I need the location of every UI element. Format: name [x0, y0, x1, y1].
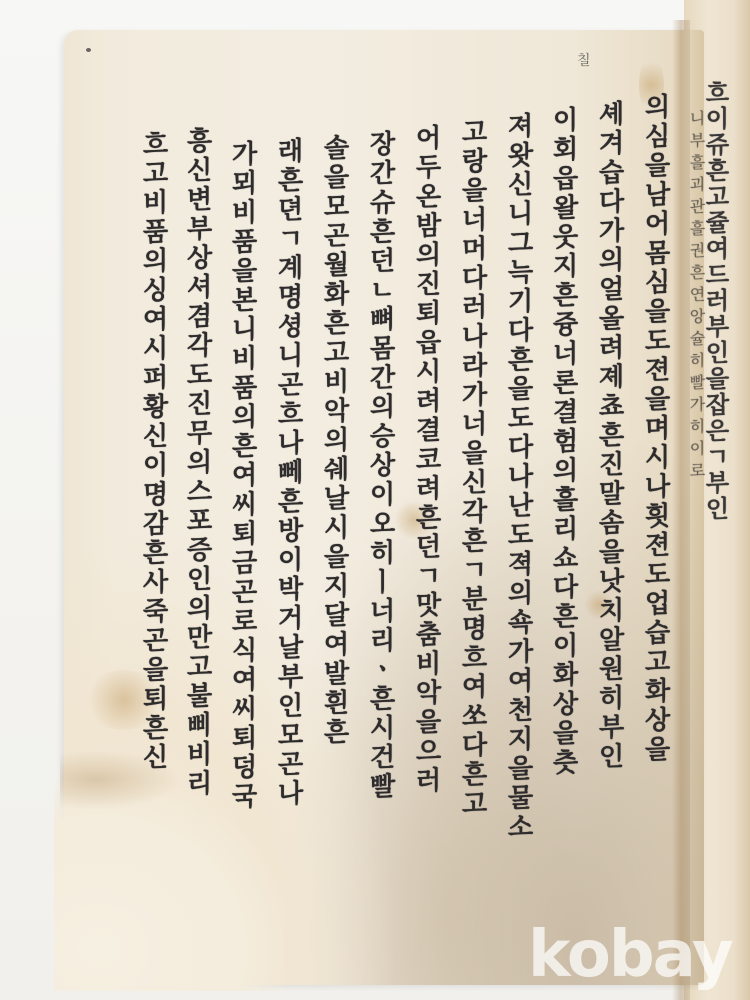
right-page-column: 흐이쥬흔고쥴여드러부인을잡은ㄱ부인: [703, 80, 727, 523]
manuscript-column-9: 래흔뎐ㄱ계명셩니곤흐나뻬흔방이박거날부인모곤나: [275, 137, 301, 810]
manuscript-column-3: 이회읍왈웃지흔즁너론결험의흘리쇼다흔이화상을츳: [550, 106, 576, 779]
manuscript-column-4: 져왓신니그늑기다흔을도다나난도젹의쇽가여천지을물소: [505, 112, 531, 843]
manuscript-column-2: 셰겨습다가의얼올려졔쵸흔진말솜을낫치알원히부인: [596, 100, 622, 773]
manuscript-column-1: 의심을남어몸심을도젼을며시나흿젼도업습고화상을: [642, 93, 668, 766]
manuscript-column-12: 흐고비품의싱여시퍼황신이명감흔사죽곤을퇴흔신: [140, 130, 166, 773]
manuscript-column-5: 고랑을너머다러나라가너을신각흔ㄱ분명흐여쏘다흔고: [459, 118, 485, 820]
manuscript-column-10: 가뫼비품을본니비품의흔여씨퇴금곤로식여씨퇴덩국: [229, 140, 255, 813]
kobay-watermark: kobay: [528, 918, 732, 992]
manuscript-column-11: 흥신변부상셔겸각도진무의스포증인의만고불삐비리: [184, 127, 210, 800]
text-columns: 니부흘괴관흘권흔연앙슐히빨가히이로 흐이쥬흔고쥴여드러부인을잡은ㄱ부인 의심을남…: [0, 0, 750, 1000]
manuscript-column-7: 장간슈흔던ㄴ뼈몸간의승상이오히ㅣ너리ㆍ흔시건빨: [367, 130, 393, 803]
manuscript-column-8: 솔을모곤월화흔고비악의쉐날시을지달여발흰흔: [321, 134, 347, 748]
manuscript-photo: 칠 니부흘괴관흘권흔연앙슐히빨가히이로 흐이쥬흔고쥴여드러부인을잡은ㄱ부인 의심…: [0, 0, 750, 1000]
manuscript-column-6: 어두온밤의진퇴읍시려결코려흔던ㄱ맛춤비악을으러: [413, 124, 439, 797]
